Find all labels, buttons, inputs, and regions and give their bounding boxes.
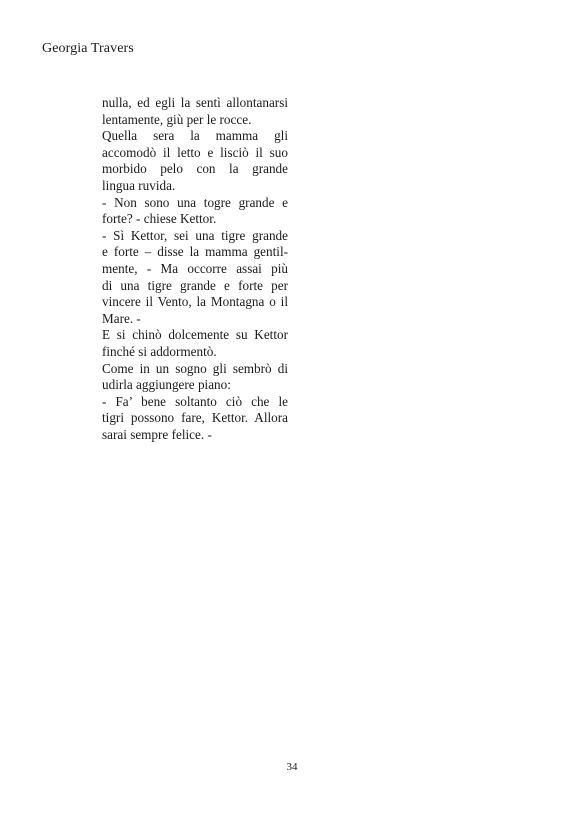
text-line: lingua ruvida. [102,178,288,195]
text-line: forte? - chiese Kettor. [102,211,288,228]
text-line: mente, - Ma occorre assai più [102,261,288,278]
text-line: - Sì Kettor, sei una tigre grande [102,228,288,245]
text-line: tigri possono fare, Kettor. Allora [102,410,288,427]
text-line: - Fa’ bene soltanto ciò che le [102,394,288,411]
body-text: nulla, ed egli la sentì allontanarsilent… [102,95,288,443]
text-line: Quella sera la mamma gli [102,128,288,145]
text-line: finché si addormentò. [102,344,288,361]
text-line: di una tigre grande e forte per [102,278,288,295]
text-line: accomodò il letto e lisciò il suo [102,145,288,162]
running-header-author: Georgia Travers [42,41,134,57]
text-line: E si chinò dolcemente su Kettor [102,327,288,344]
text-line: vincere il Vento, la Montagna o il [102,294,288,311]
text-line: lentamente, giù per le rocce. [102,112,288,129]
text-line: e forte – disse la mamma gentil- [102,244,288,261]
page-number: 34 [0,761,584,773]
text-line: - Non sono una togre grande e [102,195,288,212]
text-line: nulla, ed egli la sentì allontanarsi [102,95,288,112]
text-line: morbido pelo con la grande [102,161,288,178]
text-line: sarai sempre felice. - [102,427,288,444]
text-line: Mare. - [102,311,288,328]
text-line: Come in un sogno gli sembrò di [102,361,288,378]
text-line: udirla aggiungere piano: [102,377,288,394]
